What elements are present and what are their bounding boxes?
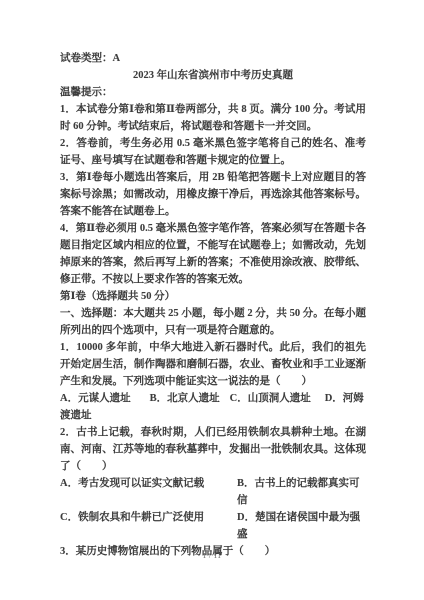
notice-item-3: 3．第Ⅰ卷每小题选出答案后，用 2B 铅笔把答题卡上对应题目的答案标号涂黑；如需… <box>60 169 366 220</box>
section-intro: 一、选择题：本大题共 25 小题，每小题 2 分，共 50 分。在每小题所列出的… <box>60 305 366 339</box>
paper-type-label: 试卷类型：A <box>60 50 366 67</box>
question-2-option-c: C．铁制农具和牛耕已广泛使用 <box>60 509 237 543</box>
question-1-option-b: B．北京人遗址 <box>150 393 220 404</box>
question-1-option-a: A．元谋人遗址 <box>60 393 131 404</box>
notice-item-1: 1．本试卷分第Ⅰ卷和第Ⅱ卷两部分，共 8 页。满分 100 分。考试用时 60 … <box>60 101 366 135</box>
question-2-option-d: D．楚国在诸侯国中最为强盛 <box>237 509 366 543</box>
exam-title: 2023 年山东省滨州市中考历史真题 <box>60 67 366 84</box>
section-heading: 第Ⅰ卷（选择题共 50 分） <box>60 288 366 305</box>
question-1: 1．10000 多年前，中华大地进入新石器时代。此后，我们的祖先开始定居生活，制… <box>60 339 366 424</box>
question-2: 2．古书上记载，春秋时期，人们已经用铁制农具耕种土地。在湖南、河南、江苏等地的春… <box>60 424 366 543</box>
question-1-options: A．元谋人遗址B．北京人遗址C．山顶洞人遗址D．河姆渡遗址 <box>60 390 366 424</box>
exam-document-page: 试卷类型：A 2023 年山东省滨州市中考历史真题 温馨提示： 1．本试卷分第Ⅰ… <box>0 0 424 600</box>
question-1-option-c: C．山顶洞人遗址 <box>230 393 311 404</box>
question-1-stem: 1．10000 多年前，中华大地进入新石器时代。此后，我们的祖先开始定居生活，制… <box>60 339 366 390</box>
question-2-option-a: A．考古发现可以证实文献记载 <box>60 475 237 509</box>
notice-item-2: 2．答卷前，考生务必用 0.5 毫米黑色签字笔将自己的姓名、准考证号、座号填写在… <box>60 135 366 169</box>
question-2-option-b: B．古书上的记载都真实可信 <box>237 475 366 509</box>
notice-heading: 温馨提示： <box>60 84 366 101</box>
question-2-options: A．考古发现可以证实文献记载 B．古书上的记载都真实可信 C．铁制农具和牛耕已广… <box>60 475 366 543</box>
page-number: 1 / 11 <box>0 551 424 561</box>
question-2-stem: 2．古书上记载，春秋时期，人们已经用铁制农具耕种土地。在湖南、河南、江苏等地的春… <box>60 424 366 475</box>
notice-item-4: 4．第Ⅱ卷必须用 0.5 毫米黑色签字笔作答，答案必须写在答题卡各题目指定区域内… <box>60 220 366 288</box>
